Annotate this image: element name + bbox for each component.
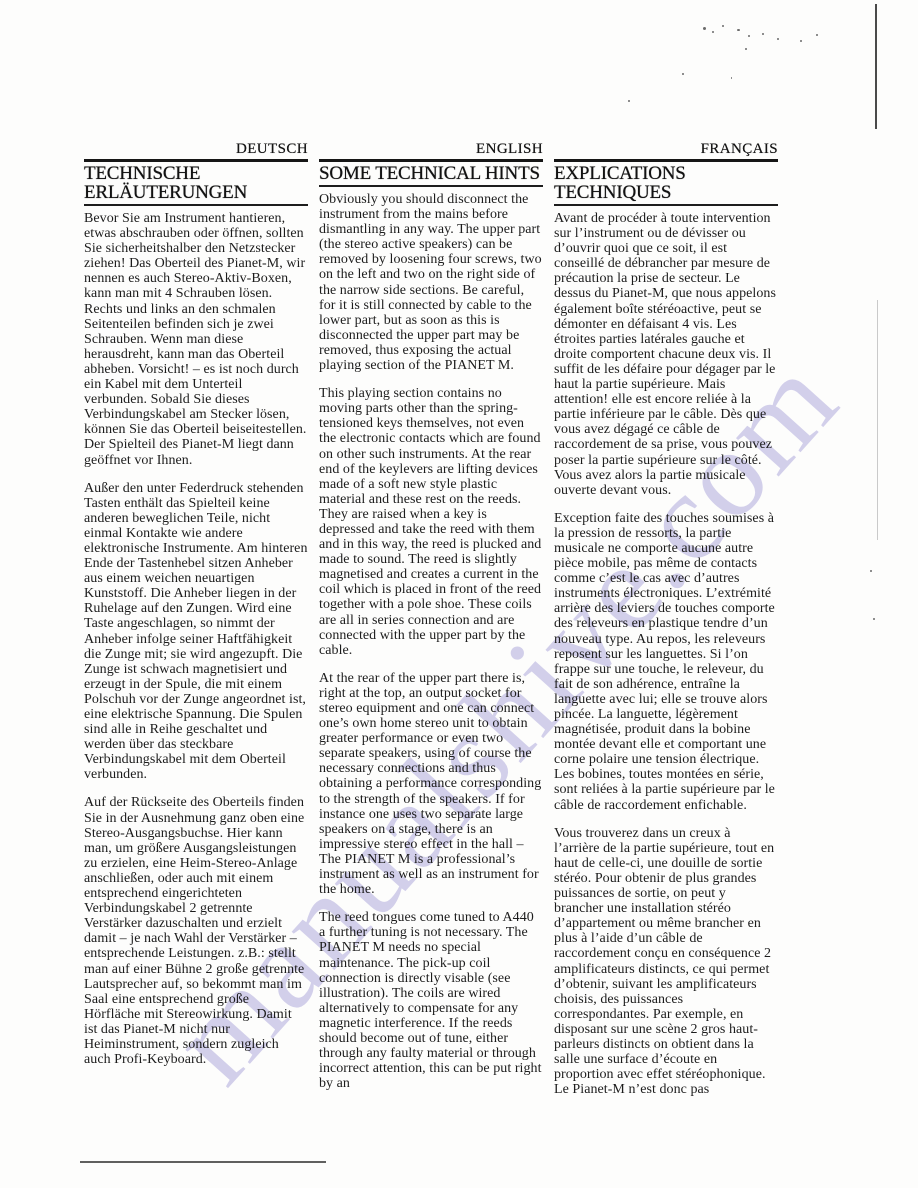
scan-edge-line <box>877 300 878 540</box>
paragraph: The reed tongues come tuned to A440 a fu… <box>319 910 543 1091</box>
column-body: Avant de procéder à toute intervention s… <box>554 211 778 1097</box>
heading-line: SOME TECHNICAL HINTS <box>319 164 543 183</box>
header-rule <box>319 159 543 162</box>
scan-speck <box>745 48 747 50</box>
scan-edge-line <box>875 4 877 129</box>
header-rule <box>84 159 308 162</box>
scanned-manual-page: manualshive.com DEUTSCH TECHNISCHE ERLÄU… <box>0 0 918 1188</box>
column-body: Bevor Sie am Instrument hantieren, etwas… <box>84 211 308 1067</box>
column-german: DEUTSCH TECHNISCHE ERLÄUTERUNGEN Bevor S… <box>84 140 308 1110</box>
heading-line: TECHNIQUES <box>554 183 778 202</box>
scan-speck <box>870 570 872 572</box>
paragraph: Obviously you should disconnect the inst… <box>319 192 543 373</box>
paragraph: Auf der Rückseite des Oberteils finden S… <box>84 795 308 1067</box>
scan-speck <box>722 25 724 27</box>
paragraph: Avant de procéder à toute intervention s… <box>554 211 778 498</box>
paragraph: Bevor Sie am Instrument hantieren, etwas… <box>84 211 308 468</box>
three-column-layout: DEUTSCH TECHNISCHE ERLÄUTERUNGEN Bevor S… <box>84 140 778 1110</box>
scan-speck <box>682 73 684 75</box>
column-english: ENGLISH SOME TECHNICAL HINTS Obviously y… <box>319 140 543 1110</box>
scan-speck <box>777 38 779 40</box>
section-heading-english: SOME TECHNICAL HINTS <box>319 164 543 187</box>
heading-line: ERLÄUTERUNGEN <box>84 183 308 202</box>
scan-speck <box>628 100 630 102</box>
paragraph: Exception faite des touches soumises à l… <box>554 511 778 813</box>
paragraph: Vous trouverez dans un creux à l’arrière… <box>554 826 778 1098</box>
paragraph: This playing section contains no moving … <box>319 386 543 658</box>
column-body: Obviously you should disconnect the inst… <box>319 192 543 1091</box>
header-rule <box>554 159 778 162</box>
scan-bottom-artifact <box>80 1161 326 1163</box>
column-french: FRANÇAIS EXPLICATIONS TECHNIQUES Avant d… <box>554 140 778 1110</box>
section-heading-french: EXPLICATIONS TECHNIQUES <box>554 164 778 206</box>
scan-speck <box>762 33 764 35</box>
scan-speck <box>703 27 706 30</box>
scan-speck <box>731 77 732 79</box>
heading-line: EXPLICATIONS <box>554 164 778 183</box>
paragraph: Außer den unter Federdruck stehenden Tas… <box>84 481 308 783</box>
language-label-english: ENGLISH <box>319 140 543 158</box>
scan-speck <box>873 618 875 620</box>
paragraph: At the rear of the upper part there is, … <box>319 671 543 897</box>
scan-speck <box>816 34 818 36</box>
scan-speck <box>712 31 714 33</box>
scan-speck <box>800 40 802 42</box>
scan-speck <box>737 29 740 31</box>
language-label-french: FRANÇAIS <box>554 140 778 158</box>
heading-line: TECHNISCHE <box>84 164 308 183</box>
section-heading-german: TECHNISCHE ERLÄUTERUNGEN <box>84 164 308 206</box>
scan-speck <box>748 35 750 37</box>
language-label-german: DEUTSCH <box>84 140 308 158</box>
